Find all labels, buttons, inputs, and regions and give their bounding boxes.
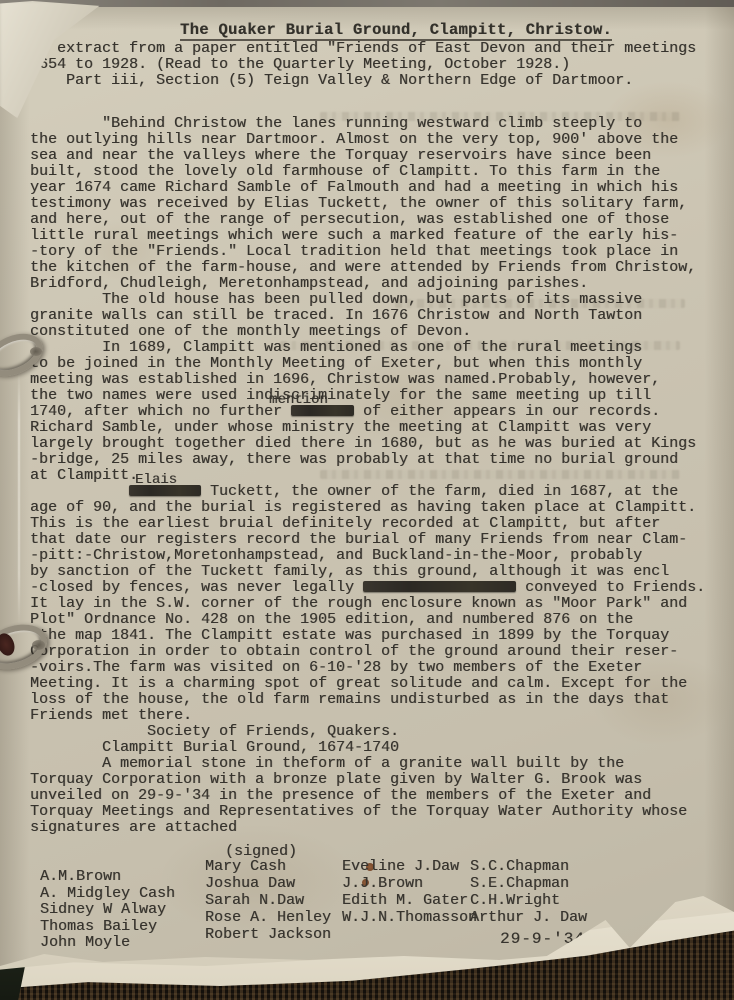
signature-name: A. Midgley Cash	[40, 886, 175, 903]
signature-name: S.C.Chapman	[470, 858, 587, 875]
signature-name: Eveline J.Daw	[342, 858, 477, 875]
signature-name: A.M.Brown	[40, 869, 175, 886]
signature-name: J.J.Brown	[342, 875, 477, 892]
signature-column-3: Eveline J.Daw J.J.Brown Edith M. Gater W…	[342, 858, 477, 926]
punched-hole-top	[30, 347, 42, 356]
signature-name: W.J.N.Thomasson	[342, 909, 477, 926]
signature-name: Rose A. Henley	[205, 909, 331, 926]
signature-column-1: A.M.Brown A. Midgley Cash Sidney W Alway…	[40, 869, 175, 952]
punched-hole-bottom	[32, 640, 45, 650]
signature-name: Sarah N.Daw	[205, 892, 331, 909]
signature-column-2: Mary Cash Joshua Daw Sarah N.Daw Rose A.…	[205, 858, 331, 943]
document-page: The Quaker Burial Ground, Clampitt, Chri…	[0, 0, 734, 1000]
photo-top-edge	[0, 0, 734, 7]
signature-column-4: S.C.Chapman S.E.Chapman C.H.Wright Arthu…	[470, 858, 587, 926]
signature-name: Mary Cash	[205, 858, 331, 875]
signature-name: John Moyle	[40, 935, 175, 952]
signature-name: Joshua Daw	[205, 875, 331, 892]
signature-name: Thomas Bailey	[40, 919, 175, 936]
signature-name: Sidney W Alway	[40, 902, 175, 919]
signature-name: C.H.Wright	[470, 892, 587, 909]
photo-of-binder-page: The Quaker Burial Ground, Clampitt, Chri…	[0, 0, 734, 1000]
signature-name: Edith M. Gater	[342, 892, 477, 909]
signature-name: Arthur J. Daw	[470, 909, 587, 926]
signature-name: Robert Jackson	[205, 926, 331, 943]
signatures-section: (signed) A.M.Brown A. Midgley Cash Sidne…	[0, 0, 734, 1000]
signature-name: S.E.Chapman	[470, 875, 587, 892]
